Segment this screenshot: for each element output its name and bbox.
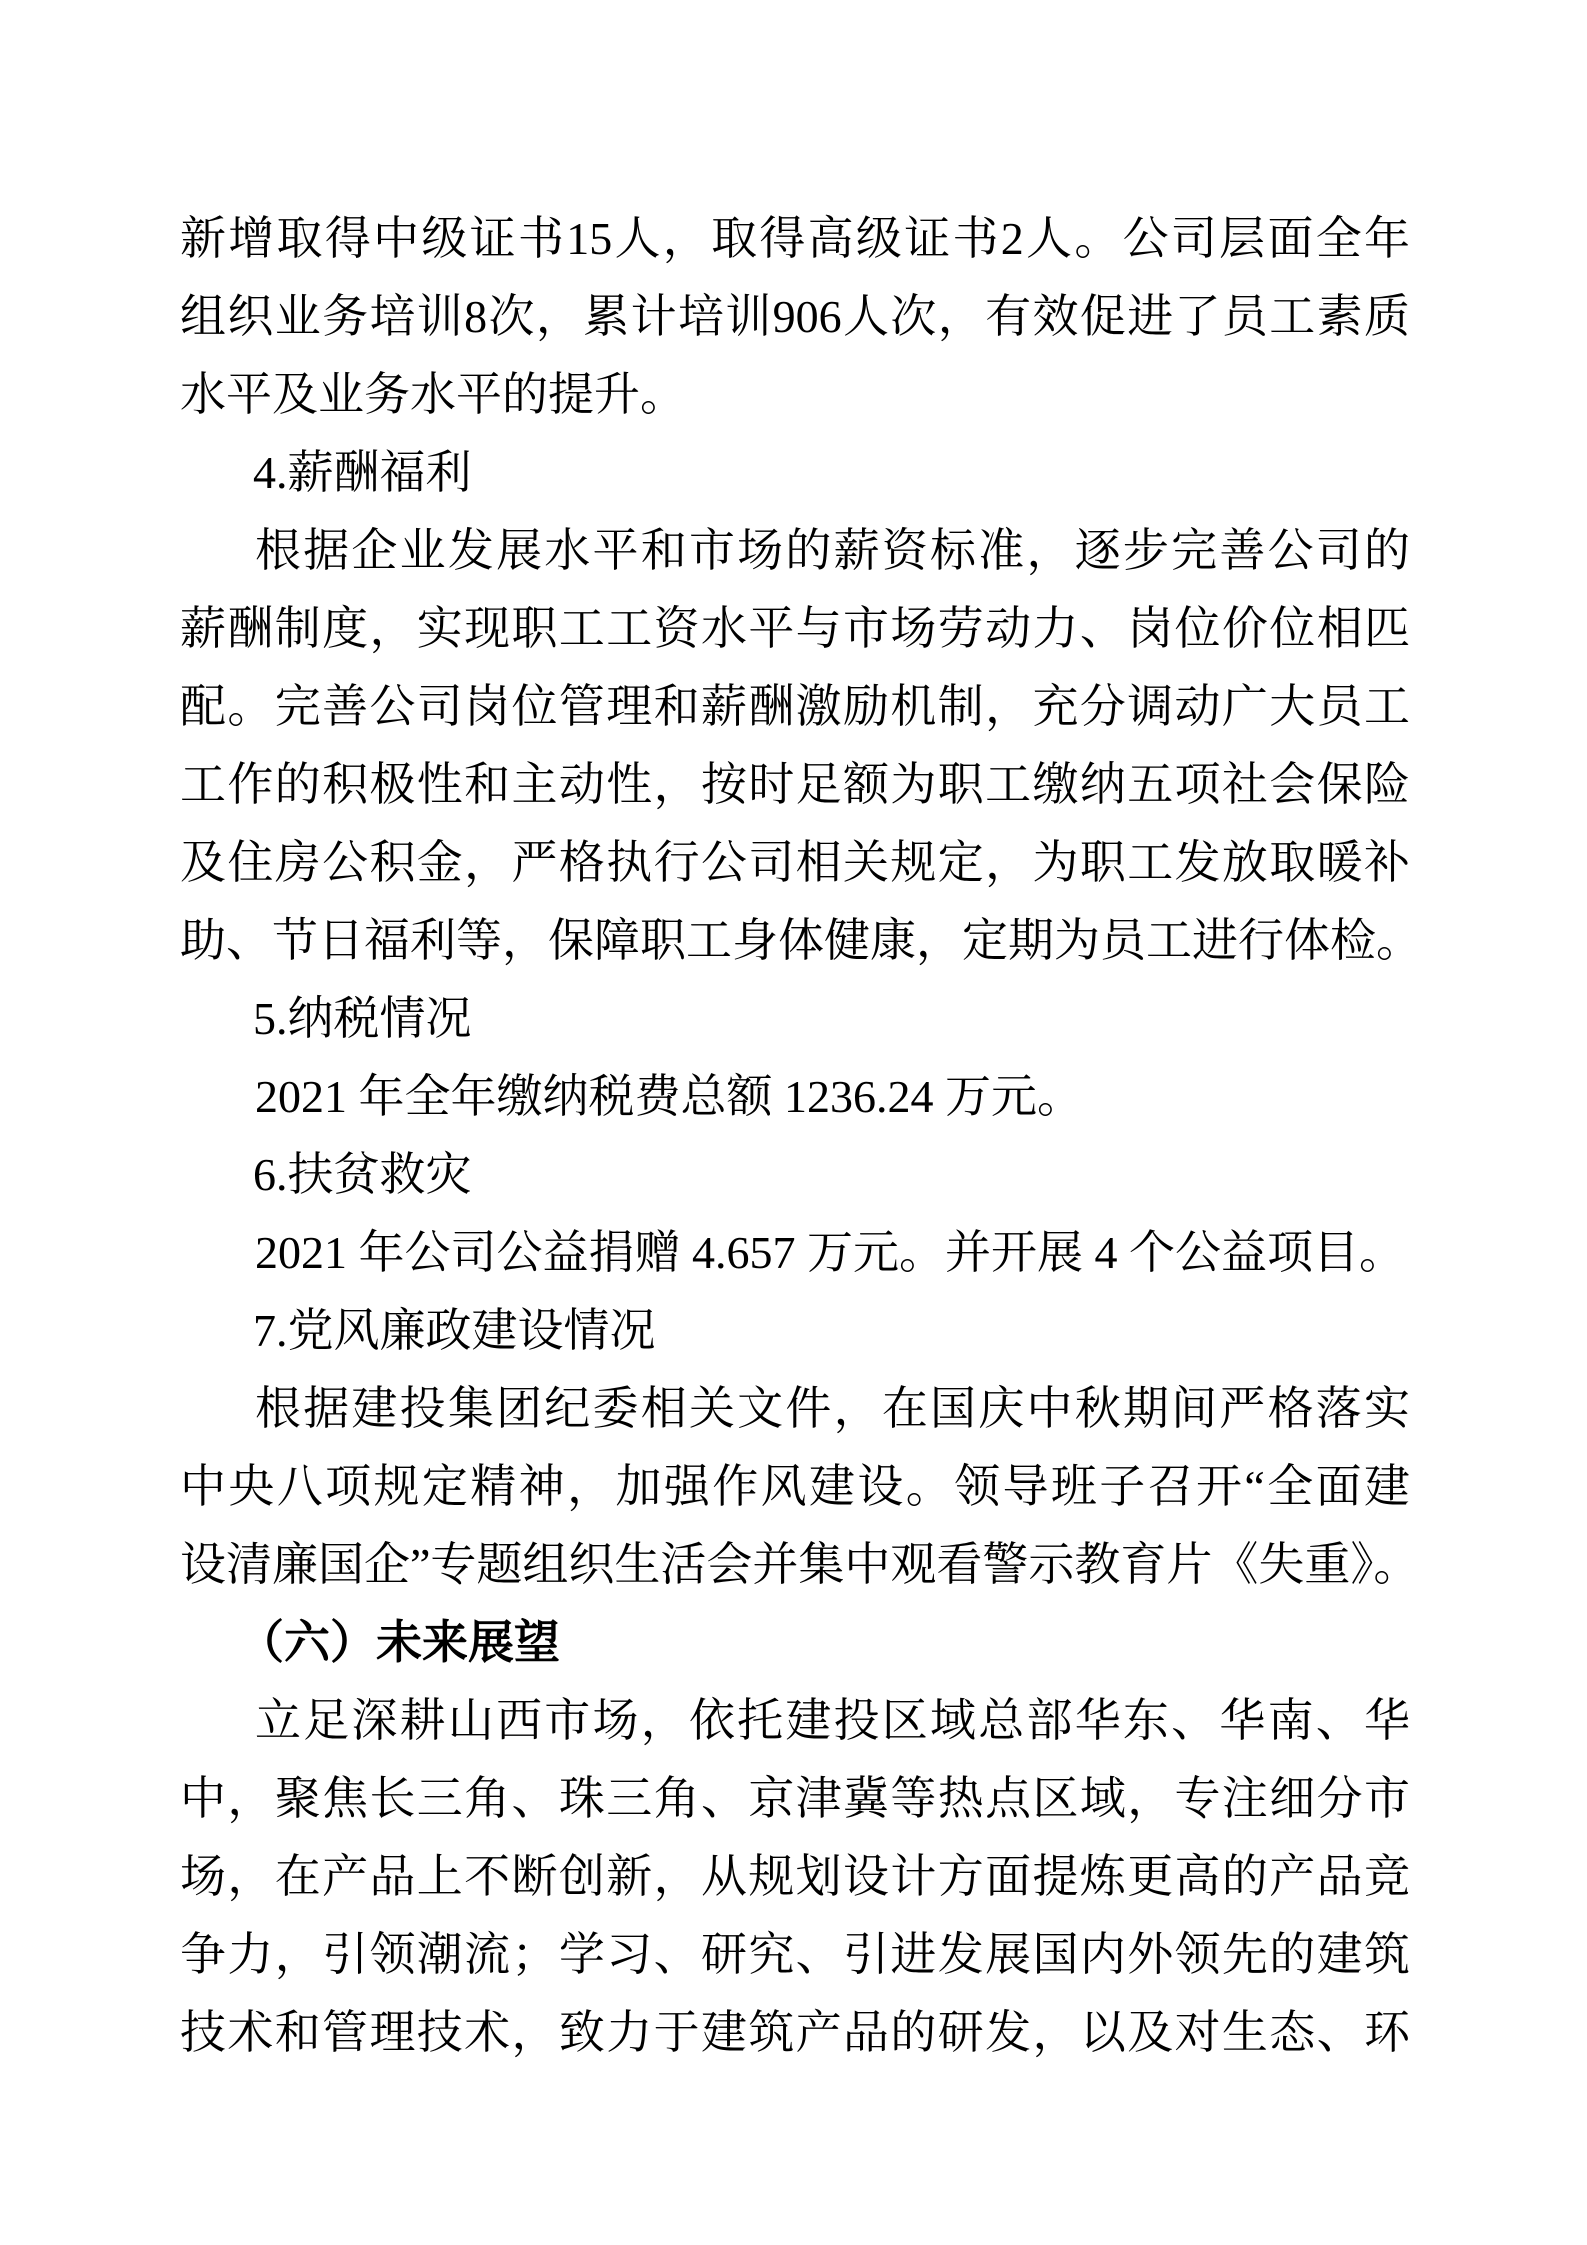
paragraph-line: 助、节日福利等，保障职工身体健康，定期为员工进行体检。 bbox=[180, 902, 1410, 980]
paragraph-line: 根据企业发展水平和市场的薪资标准，逐步完善公司的 bbox=[180, 512, 1410, 590]
paragraph-line: 技术和管理技术，致力于建筑产品的研发，以及对生态、环 bbox=[180, 1994, 1410, 2072]
paragraph-line: 薪酬制度，实现职工工资水平与市场劳动力、岗位价位相匹 bbox=[180, 590, 1410, 668]
paragraph-line: 及住房公积金，严格执行公司相关规定，为职工发放取暖补 bbox=[180, 824, 1410, 902]
document-page: 新增取得中级证书15人，取得高级证书2人。公司层面全年组织业务培训8次，累计培训… bbox=[0, 0, 1587, 2245]
subsection-heading: 6.扶贫救灾 bbox=[180, 1136, 1410, 1214]
paragraph-line: 立足深耕山西市场，依托建投区域总部华东、华南、华 bbox=[180, 1682, 1410, 1760]
subsection-heading: 4.薪酬福利 bbox=[180, 434, 1410, 512]
paragraph-line: 中，聚焦长三角、珠三角、京津冀等热点区域，专注细分市 bbox=[180, 1760, 1410, 1838]
paragraph-line: 工作的积极性和主动性，按时足额为职工缴纳五项社会保险 bbox=[180, 746, 1410, 824]
paragraph-line: 争力，引领潮流；学习、研究、引进发展国内外领先的建筑 bbox=[180, 1916, 1410, 1994]
paragraph-line: 新增取得中级证书15人，取得高级证书2人。公司层面全年 bbox=[180, 200, 1410, 278]
subsection-heading: 7.党风廉政建设情况 bbox=[180, 1292, 1410, 1370]
paragraph-line: 2021 年公司公益捐赠 4.657 万元。并开展 4 个公益项目。 bbox=[180, 1214, 1410, 1292]
paragraph-line: 设清廉国企”专题组织生活会并集中观看警示教育片《失重》。 bbox=[180, 1526, 1410, 1604]
paragraph-line: 水平及业务水平的提升。 bbox=[180, 356, 1410, 434]
document-content: 新增取得中级证书15人，取得高级证书2人。公司层面全年组织业务培训8次，累计培训… bbox=[180, 200, 1410, 2072]
subsection-heading: 5.纳税情况 bbox=[180, 980, 1410, 1058]
paragraph-line: 组织业务培训8次，累计培训906人次，有效促进了员工素质 bbox=[180, 278, 1410, 356]
paragraph-line: 配。完善公司岗位管理和薪酬激励机制，充分调动广大员工 bbox=[180, 668, 1410, 746]
paragraph-line: 场，在产品上不断创新，从规划设计方面提炼更高的产品竞 bbox=[180, 1838, 1410, 1916]
paragraph-line: 中央八项规定精神，加强作风建设。领导班子召开“全面建 bbox=[180, 1448, 1410, 1526]
paragraph-line: 根据建投集团纪委相关文件，在国庆中秋期间严格落实 bbox=[180, 1370, 1410, 1448]
section-heading: （六）未来展望 bbox=[180, 1604, 1410, 1682]
paragraph-line: 2021 年全年缴纳税费总额 1236.24 万元。 bbox=[180, 1058, 1410, 1136]
